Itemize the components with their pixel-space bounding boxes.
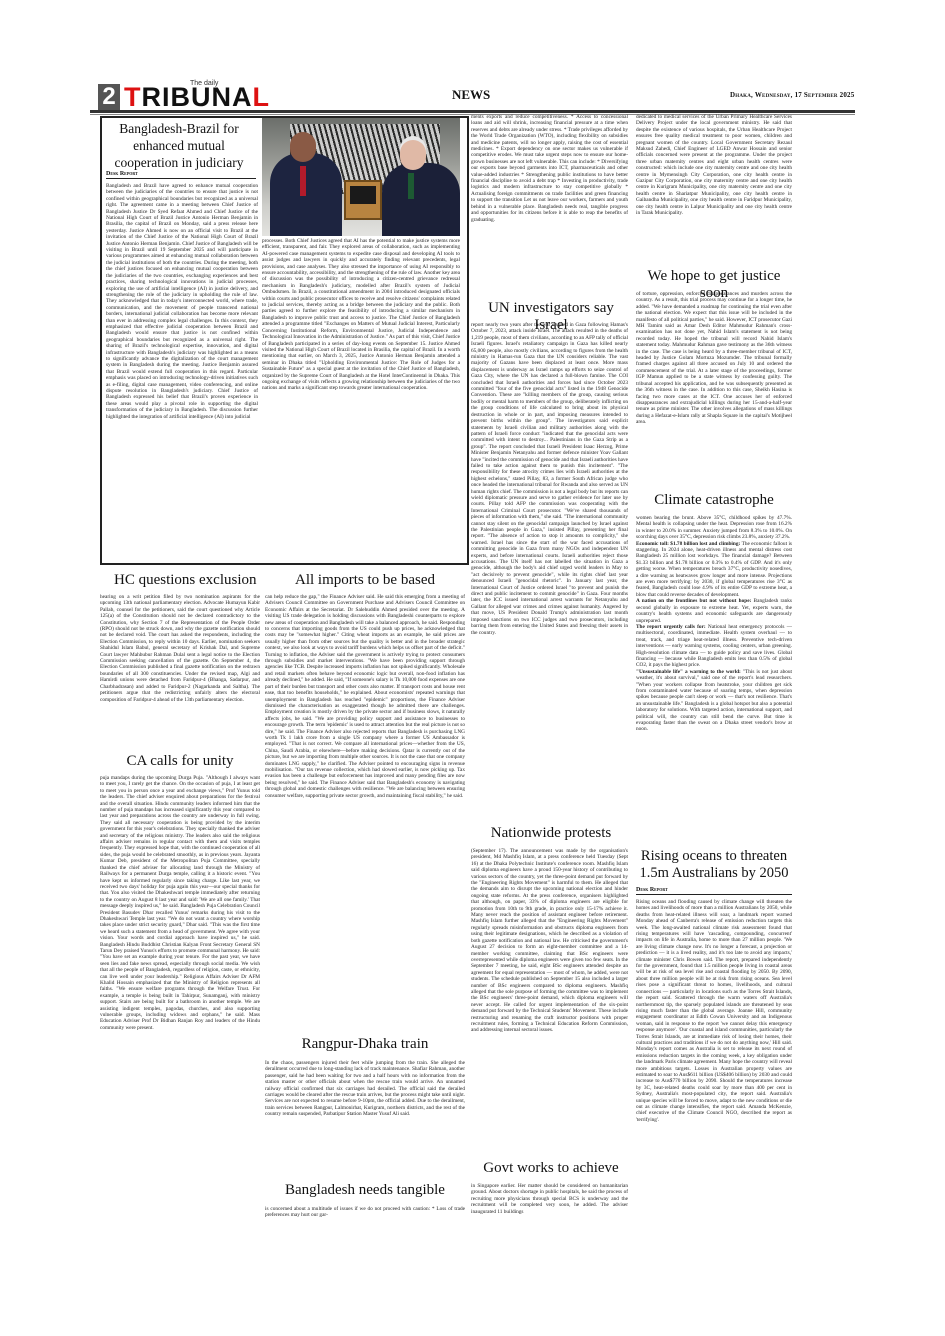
govt-headline: Govt works to achieve [471, 1160, 631, 1177]
page-number: 2 [98, 84, 120, 110]
ca-headline: CA calls for unity [100, 753, 260, 770]
section-label: NEWS [452, 87, 490, 103]
imports-headline: All imports to be based [265, 572, 465, 589]
lead-photo [262, 118, 460, 236]
tangible-body: is concerned about a multitude of issues… [265, 1206, 465, 1226]
health-continuation-body: dedicated to medical services of the Urb… [636, 114, 792, 264]
dateline: Dhaka, Wednesday, 17 September 2025 [730, 91, 854, 99]
climate-para-economic: The economic fallout is staggering. In 2… [636, 541, 792, 598]
hc-headline: HC questions exclusion [100, 572, 284, 589]
photo-person-right [382, 163, 460, 236]
logo-prefix: T [124, 82, 142, 112]
train-headline: Rangpur-Dhaka train [265, 1036, 465, 1053]
un-body: report nearly two years after the war er… [471, 322, 628, 815]
photo-plaque [344, 180, 382, 220]
climate-subhead-frontlines: A nation on the frontlines but not witho… [636, 598, 751, 604]
lead-body-col1: Bangladesh and Brazil have agreed to enh… [106, 183, 258, 557]
oceans-body: Rising oceans and flooding caused by cli… [636, 899, 792, 1219]
climate-para-unsustainable: "This is not just about weather, it's ab… [636, 669, 792, 733]
climate-subhead-calls: The report urgently calls for: [636, 624, 706, 630]
climate-para-calls: National heat emergency protocols — mult… [636, 624, 792, 668]
logo-suffix: L [253, 82, 271, 112]
tangible-headline: Bangladesh needs tangible [265, 1182, 465, 1199]
oceans-byline: Desk Report [636, 887, 792, 895]
hc-body: hearing on a writ petition filed by two … [100, 594, 260, 754]
photo-person-right-tie [408, 173, 414, 199]
protests-headline: Nationwide protests [471, 825, 631, 842]
photo-person-left [270, 153, 342, 236]
climate-headline: Climate catastrophe [636, 492, 792, 509]
lead-headline: Bangladesh-Brazil for enhanced mutual co… [104, 120, 254, 171]
trade-continuation-body: ments exports and reduce competitiveness… [471, 114, 628, 266]
oceans-headline: Rising oceans to threaten 1.5m Australia… [636, 848, 792, 882]
ca-body: puja mandaps during the upcoming Durga P… [100, 775, 260, 1335]
train-body: In the chaos, passengers injured their f… [265, 1060, 465, 1180]
masthead-rule [90, 110, 855, 113]
justice-body: of torture, oppression, enforced disappe… [636, 291, 792, 486]
imports-body: can help reduce the gap," the Finance Ad… [265, 594, 465, 1031]
climate-subhead-unsustainable: "Unsustainable life" a warning to the wo… [636, 669, 741, 675]
govt-body: in Singapore earlier. Her matter should … [471, 1183, 628, 1228]
lead-body-col2: processes. Both Chief Justices agreed th… [262, 238, 460, 558]
photo-person-left-tie [300, 166, 306, 196]
masthead-logo: TRIBUNAL [124, 82, 270, 112]
climate-subhead-economic: Economic toll: $1.78 billion lost and cl… [636, 541, 740, 547]
logo-main: RIBUNA [142, 82, 253, 112]
climate-intro: women bearing the brunt. Above 35°C, chi… [636, 515, 792, 540]
lead-byline: Desk Report [106, 171, 256, 179]
protests-body: (September 17). The announcement was mad… [471, 848, 628, 1123]
photo-person-right-head [400, 140, 426, 170]
climate-body: women bearing the brunt. Above 35°C, chi… [636, 515, 792, 838]
photo-person-left-head [290, 132, 316, 162]
